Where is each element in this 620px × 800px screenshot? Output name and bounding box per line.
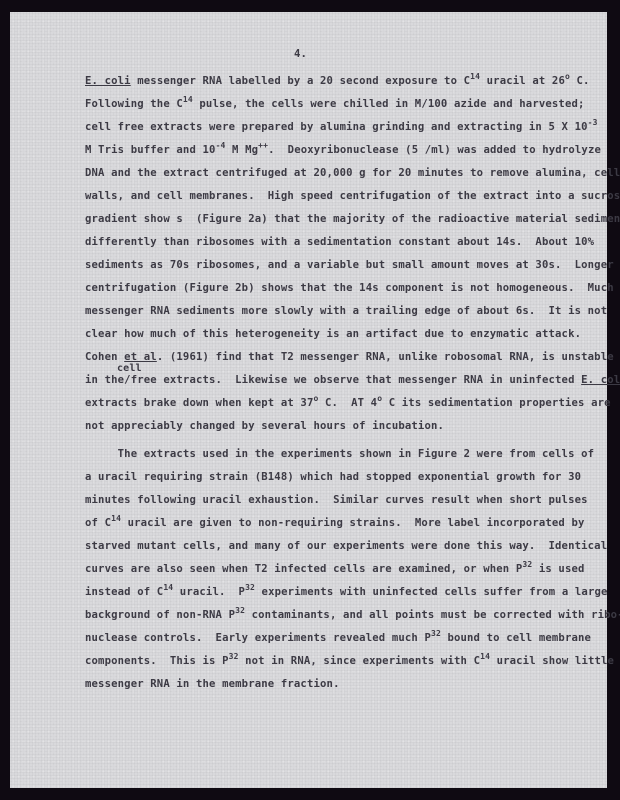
line-text: M Tris buffer and 10 (85, 144, 216, 156)
line-text: . (1961) find that T2 messenger RNA, unl… (157, 351, 614, 363)
text-line: minutes following uracil exhaustion. Sim… (85, 494, 588, 506)
page-number: 4. (294, 48, 307, 60)
superscript: 14 (183, 95, 193, 104)
line-text: is used (532, 563, 584, 575)
line-text: uracil at 26 (480, 75, 565, 87)
text-line: DNA and the extract centrifuged at 20,00… (85, 167, 620, 179)
text-line: gradient show s (Figure 2a) that the maj… (85, 213, 620, 225)
text-line: The extracts used in the experiments sho… (85, 448, 594, 460)
line-text: experiments with uninfected cells suffer… (255, 586, 608, 598)
line-text: in the/free extracts. Likewise we observ… (85, 374, 581, 386)
superscript: -4 (216, 141, 226, 150)
line-text: curves are also seen when T2 infected ce… (85, 563, 522, 575)
superscript: 14 (480, 652, 490, 661)
line-text: C. AT 4 (318, 397, 377, 409)
superscript: -3 (588, 118, 598, 127)
superscript: 32 (245, 583, 255, 592)
line-text: not in RNA, since experiments with C (239, 655, 481, 667)
line-text: M Mg (226, 144, 259, 156)
line-text: components. This is P (85, 655, 229, 667)
text-line: nuclease controls. Early experiments rev… (85, 632, 591, 644)
line-text: . Deoxyribonuclease (5 /ml) was added to… (268, 144, 601, 156)
superscript: ++ (258, 141, 268, 150)
text-line: walls, and cell membranes. High speed ce… (85, 190, 620, 202)
superscript: 14 (111, 514, 121, 523)
text-line: M Tris buffer and 10-4 M Mg++. Deoxyribo… (85, 144, 601, 156)
text-line: not appreciably changed by several hours… (85, 420, 444, 432)
line-text: C its sedimentation properties are (382, 397, 610, 409)
line-text: pulse, the cells were chilled in M/100 a… (193, 98, 585, 110)
text-line: Cohen et al. (1961) find that T2 messeng… (85, 351, 614, 363)
line-text: cell free extracts were prepared by alum… (85, 121, 588, 133)
superscript: 32 (229, 652, 239, 661)
text-line: messenger RNA sediments more slowly with… (85, 305, 607, 317)
line-text: messenger RNA labelled by a 20 second ex… (131, 75, 470, 87)
line-text: C. (570, 75, 590, 87)
line-text: bound to cell membrane (441, 632, 591, 644)
text-line: starved mutant cells, and many of our ex… (85, 540, 607, 552)
text-line: extracts brake down when kept at 37o C. … (85, 397, 611, 409)
superscript: 14 (470, 72, 480, 81)
text-line: in the/free extracts. Likewise we observ… (85, 374, 620, 386)
text-line: of C14 uracil are given to non-requiring… (85, 517, 585, 529)
text-line: differently than ribosomes with a sedime… (85, 236, 594, 248)
line-text: contaminants, and all points must be cor… (245, 609, 620, 621)
line-text: instead of C (85, 586, 163, 598)
species-name: E. coli (85, 75, 131, 87)
text-line: instead of C14 uracil. P32 experiments w… (85, 586, 608, 598)
text-line: sediments as 70s ribosomes, and a variab… (85, 259, 614, 271)
text-line: a uracil requiring strain (B148) which h… (85, 471, 581, 483)
superscript: 32 (235, 606, 245, 615)
text-line: cell free extracts were prepared by alum… (85, 121, 598, 133)
text-line: components. This is P32 not in RNA, sinc… (85, 655, 614, 667)
line-text: nuclease controls. Early experiments rev… (85, 632, 431, 644)
citation-et-al: et al (124, 351, 157, 363)
line-text: background of non-RNA P (85, 609, 235, 621)
text-line: messenger RNA in the membrane fraction. (85, 678, 340, 690)
text-line: E. coli messenger RNA labelled by a 20 s… (85, 75, 590, 87)
line-text: extracts brake down when kept at 37 (85, 397, 313, 409)
line-text: of C (85, 517, 111, 529)
line-text: uracil are given to non-requiring strain… (121, 517, 585, 529)
line-text: uracil show little (490, 655, 614, 667)
line-text: Cohen (85, 351, 124, 363)
text-line: Following the C14 pulse, the cells were … (85, 98, 585, 110)
document-page: 4. E. coli messenger RNA labelled by a 2… (10, 12, 607, 788)
line-text: Following the C (85, 98, 183, 110)
line-text: uracil. P (173, 586, 245, 598)
species-name: E. coli (581, 374, 620, 386)
text-line: background of non-RNA P32 contaminants, … (85, 609, 620, 621)
superscript: 14 (163, 583, 173, 592)
text-line: curves are also seen when T2 infected ce… (85, 563, 585, 575)
superscript: 32 (431, 629, 441, 638)
text-line: centrifugation (Figure 2b) shows that th… (85, 282, 614, 294)
text-line: clear how much of this heterogeneity is … (85, 328, 581, 340)
superscript: 32 (522, 560, 532, 569)
